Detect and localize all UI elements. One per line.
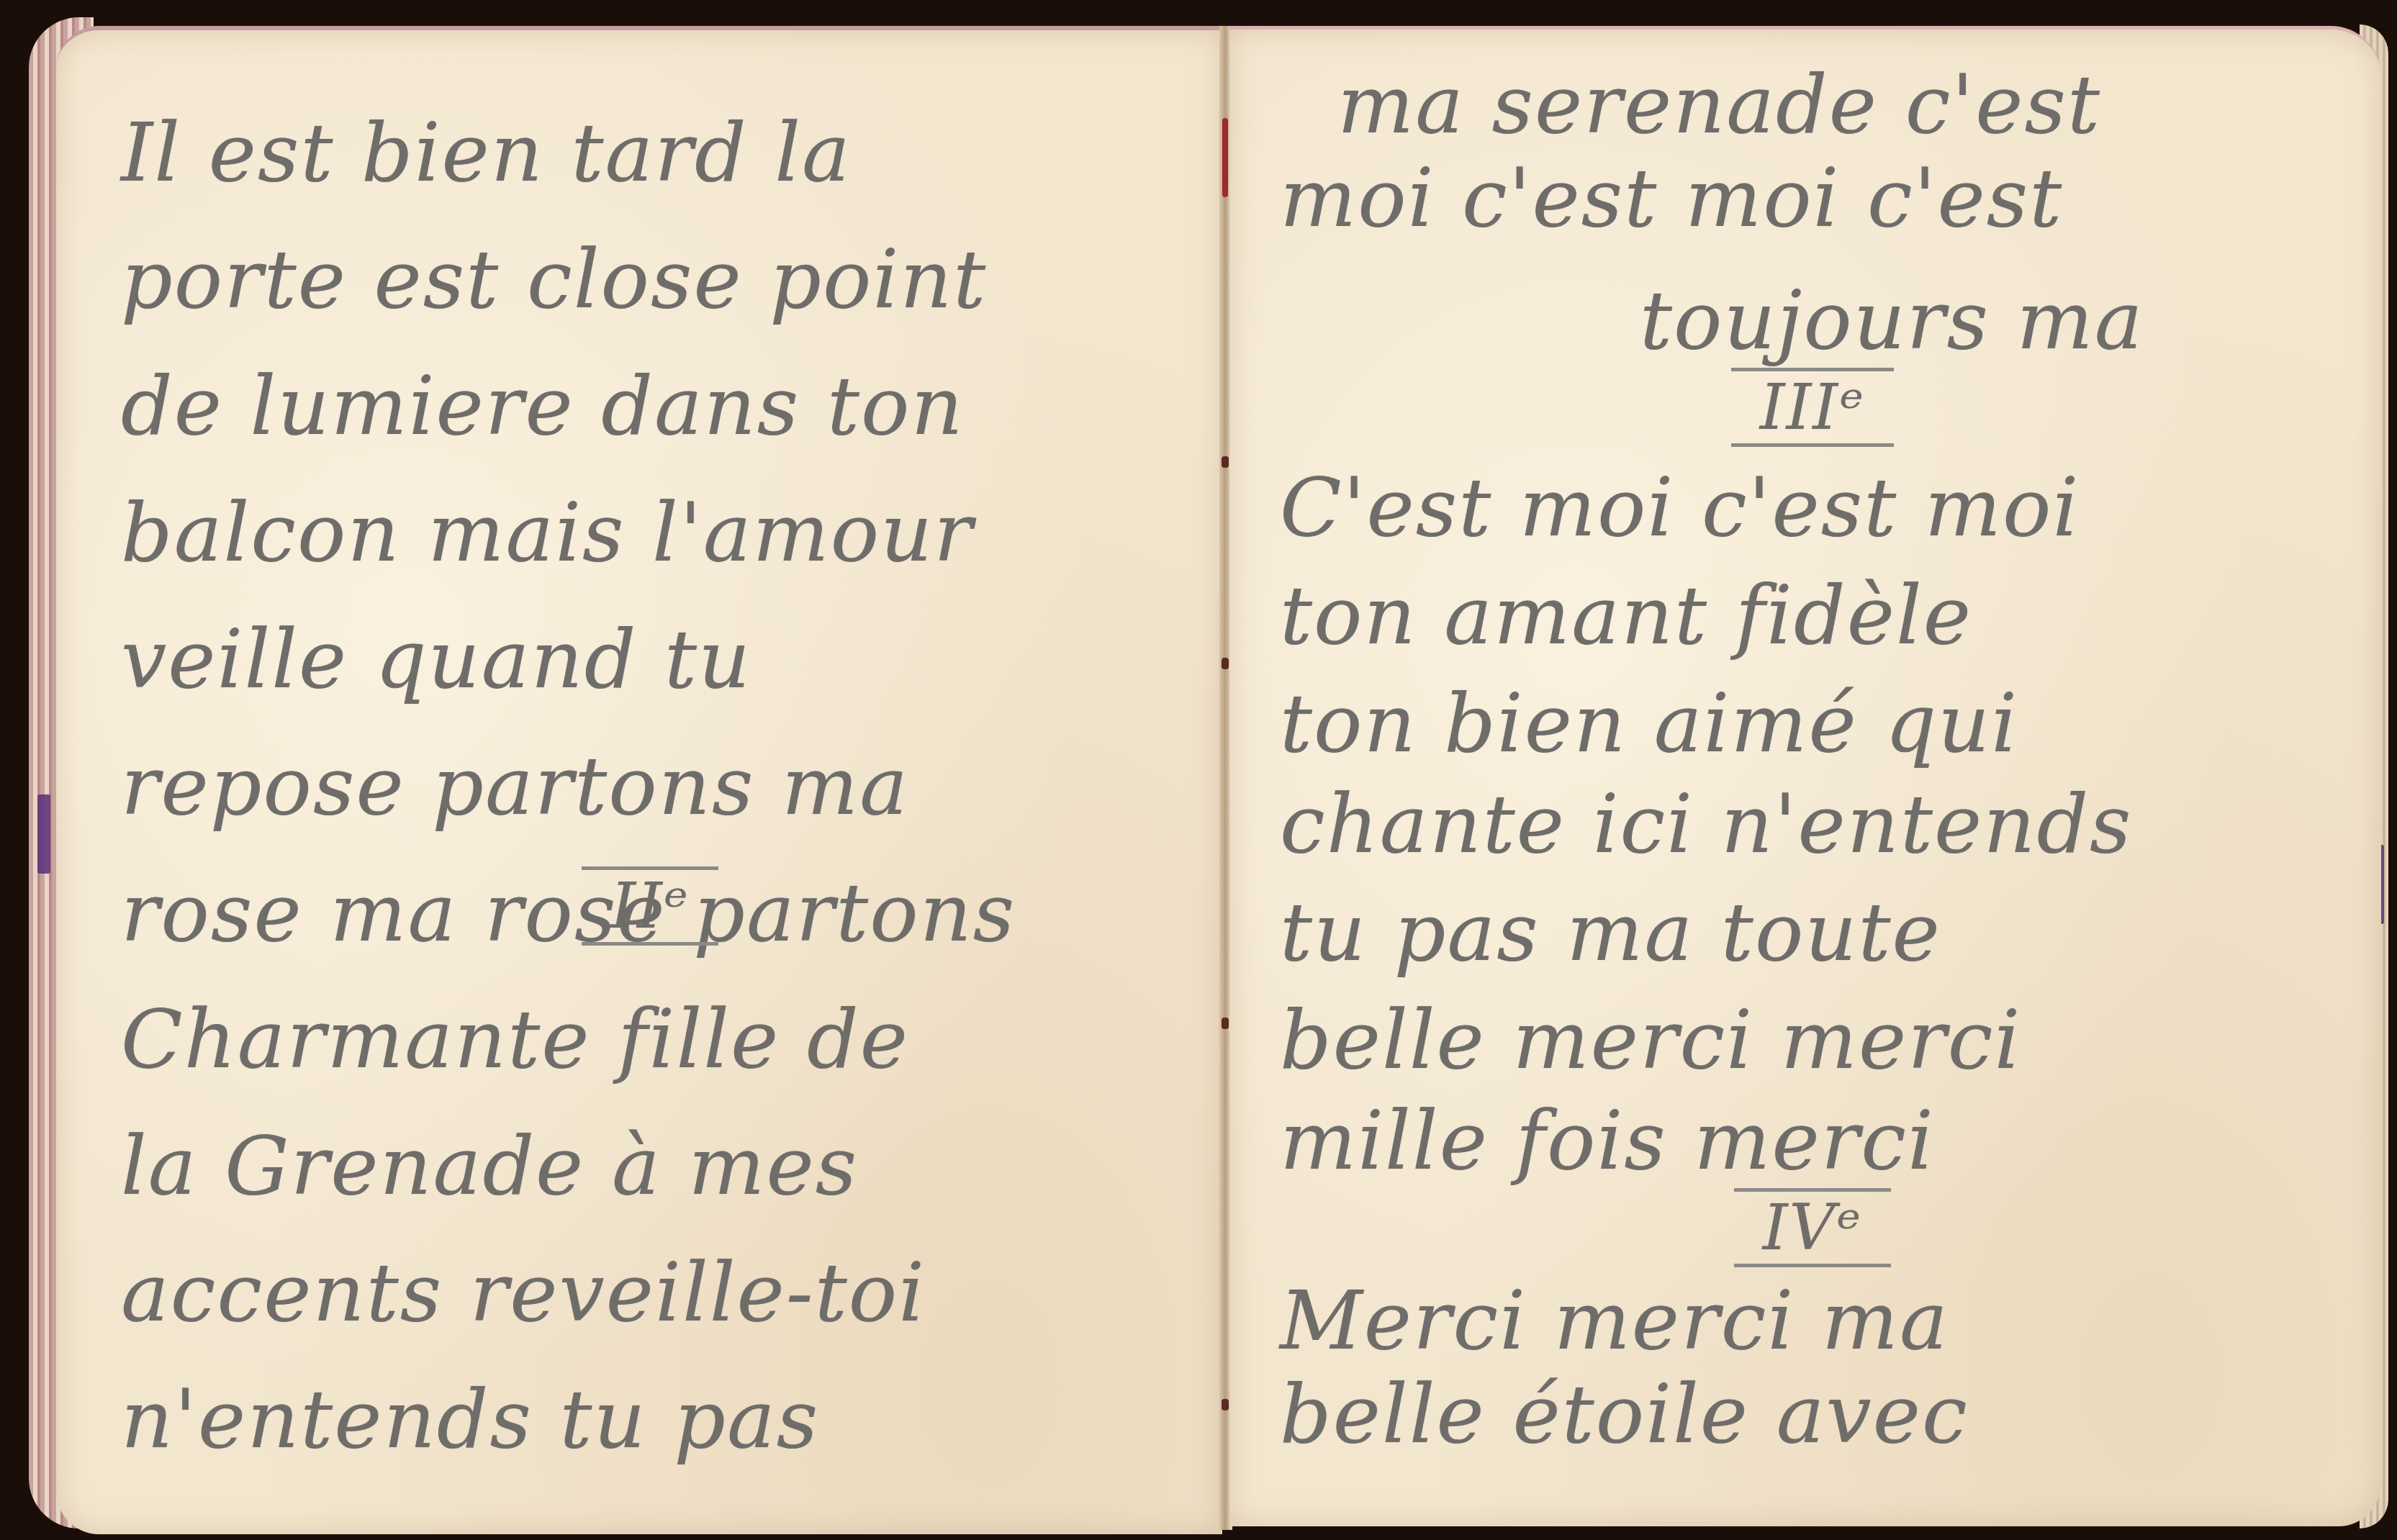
binding-stitch: [1222, 658, 1229, 669]
text-line: chante ici n'entends: [1280, 771, 2345, 871]
right-page-text: ma serenade c'est moi c'est moi c'est to…: [1229, 44, 2381, 1462]
text-line: Charmante fille de: [121, 960, 1179, 1087]
verse-heading: IVᵉ: [1280, 1188, 2345, 1267]
verse-number: IVᵉ: [1734, 1188, 1891, 1267]
verse-number: IIᵉ: [582, 866, 718, 946]
text-line: belle étoile avec: [1280, 1368, 2345, 1462]
left-ribbon-mark: [37, 794, 50, 874]
left-page: Il est bien tard la porte est close poin…: [56, 26, 1222, 1534]
text-line: ton amant fidèle: [1280, 555, 2345, 663]
text-line: porte est close point: [121, 200, 1179, 327]
notebook-spread: Il est bien tard la porte est close poin…: [13, 10, 2388, 1536]
text-line: Merci merci ma: [1280, 1267, 2345, 1368]
text-line: repose partons ma: [121, 707, 1179, 833]
text-line: ton bien aimé qui: [1280, 663, 2345, 771]
text-line: toujours ma: [1280, 245, 2345, 368]
text-line: Il est bien tard la: [121, 73, 1179, 200]
left-page-text: Il est bien tard la porte est close poin…: [56, 73, 1222, 1467]
binding-stitch: [1222, 1018, 1229, 1029]
right-page: ma serenade c'est moi c'est moi c'est to…: [1229, 26, 2381, 1526]
text-line: belle merci merci: [1280, 979, 2345, 1087]
binding-stitch: [1222, 456, 1229, 468]
binding-thread: [1222, 118, 1228, 197]
verse-heading: IIIᵉ: [1280, 368, 2345, 447]
text-line: ma serenade c'est: [1280, 44, 2345, 152]
verse-number: IIIᵉ: [1731, 368, 1894, 447]
text-line: accents reveille-toi: [121, 1213, 1179, 1340]
binding-stitch: [1222, 1399, 1229, 1410]
text-line: balcon mais l'amour: [121, 453, 1179, 580]
text-line: veille quand tu: [121, 580, 1179, 707]
text-line: tu pas ma toute: [1280, 871, 2345, 979]
text-line: moi c'est moi c'est: [1280, 152, 2345, 245]
text-line: de lumiere dans ton: [121, 327, 1179, 453]
text-line: C'est moi c'est moi: [1280, 447, 2345, 555]
text-line: mille fois merci: [1280, 1087, 2345, 1188]
text-line: la Grenade à mes: [121, 1087, 1179, 1213]
text-line: n'entends tu pas: [121, 1340, 1179, 1467]
